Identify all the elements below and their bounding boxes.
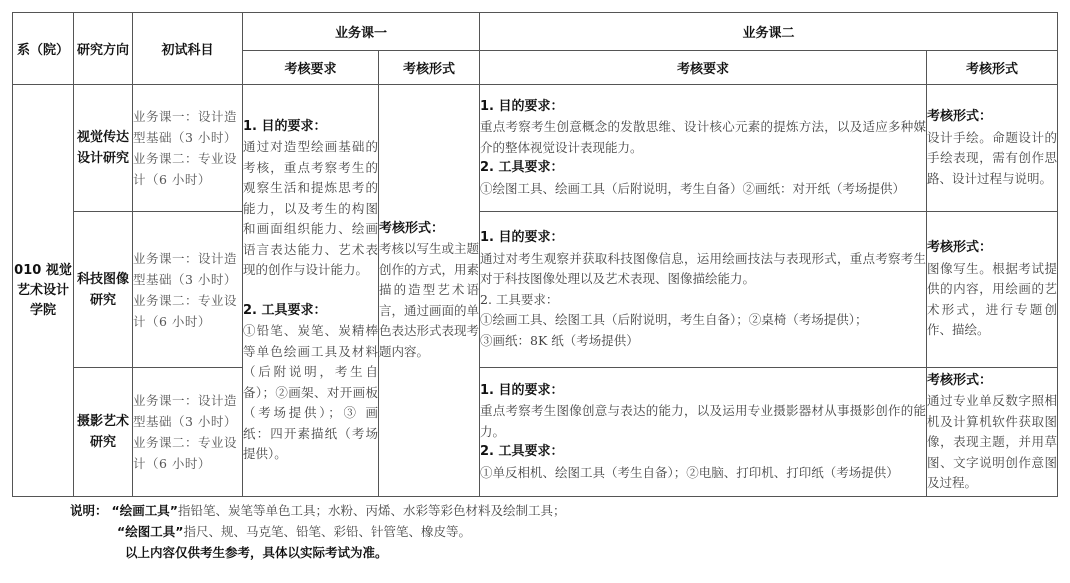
subject-2: 业务课二：专业设计（6 小时） [133, 290, 242, 332]
table-row: 科技图像研究 业务课一：设计造型基础（3 小时） 业务课二：专业设计（6 小时）… [13, 212, 1058, 368]
purpose-text: 通过对造型绘画基础的考核，重点考察考生的观察生活和提炼思考的能力，以及考生的构图… [243, 137, 378, 281]
purpose-heading: 1. 目的要求： [480, 381, 926, 402]
table-row: 摄影艺术研究 业务课一：设计造型基础（3 小时） 业务课二：专业设计（6 小时）… [13, 368, 1058, 497]
subjects-cell: 业务课一：设计造型基础（3 小时） 业务课二：专业设计（6 小时） [133, 85, 243, 212]
course2-requirements: 1. 目的要求： 重点考察考生创意概念的发散思维、设计核心元素的提炼方法，以及适… [480, 85, 927, 212]
form-heading: 考核形式： [927, 238, 1057, 259]
form-text: 通过专业单反数字照相机及计算机软件获取图像，表现主题，并用草图、文字说明创作意图… [927, 391, 1057, 494]
form-heading: 考核形式： [927, 107, 1057, 128]
note-drawing-tools: “绘图工具”指尺、规、马克笔、铅笔、彩铅、针管笔、橡皮等。 [70, 521, 565, 542]
header-course2: 业务课二 [480, 13, 1058, 51]
course2-form: 考核形式： 图像写生。根据考试提供的内容，用绘画的艺术形式，进行专题创作、描绘。 [927, 212, 1058, 368]
direction-name: 摄影艺术研究 [77, 414, 129, 450]
course1-form: 考核形式： 考核以写生或主题创作的方式，用素描的造型艺术语言，通过画面的单色表达… [379, 85, 480, 497]
form-text: 考核以写生或主题创作的方式，用素描的造型艺术语言，通过画面的单色表达形式表现考题… [379, 239, 479, 362]
note-painting-tools: 说明： “绘画工具”指铅笔、炭笔等单色工具；水粉、丙烯、水彩等彩色材料及绘制工具… [70, 500, 565, 521]
tools-heading: 2. 工具要求： [480, 158, 926, 179]
header-course2-req: 考核要求 [480, 51, 927, 85]
tools-text: ①铅笔、炭笔、炭精棒等单色绘画工具及材料（后附说明，考生自备）；②画架、对开画板… [243, 321, 378, 465]
term-drawing-tools: “绘图工具” [117, 524, 183, 539]
subject-2: 业务课二：专业设计（6 小时） [133, 148, 242, 190]
tools-text: ①绘图工具、绘画工具（后附说明，考生自备）②画纸：对开纸（考场提供） [480, 179, 926, 200]
exam-requirements-table: 系（院） 研究方向 初试科目 业务课一 业务课二 考核要求 考核形式 考核要求 … [12, 12, 1058, 497]
form-text: 图像写生。根据考试提供的内容，用绘画的艺术形式，进行专题创作、描绘。 [927, 259, 1057, 341]
department-cell: 010 视觉艺术设计学院 [13, 85, 74, 497]
subjects-cell: 业务课一：设计造型基础（3 小时） 业务课二：专业设计（6 小时） [133, 212, 243, 368]
purpose-heading: 1. 目的要求： [480, 228, 926, 249]
def-drawing-tools: 指尺、规、马克笔、铅笔、彩铅、针管笔、橡皮等。 [183, 524, 471, 539]
tools-text-2: ③画纸：8K 纸（考场提供） [480, 331, 926, 352]
direction-name: 视觉传达设计研究 [77, 130, 129, 166]
purpose-heading: 1. 目的要求： [243, 117, 378, 138]
tools-heading: 2. 工具要求： [243, 301, 378, 322]
purpose-heading: 1. 目的要求： [480, 97, 926, 118]
notes-section: 说明： “绘画工具”指铅笔、炭笔等单色工具；水粉、丙烯、水彩等彩色材料及绘制工具… [70, 500, 565, 563]
tools-heading: 2. 工具要求： [480, 442, 926, 463]
subject-1: 业务课一：设计造型基础（3 小时） [133, 248, 242, 290]
purpose-text: 重点考察考生图像创意与表达的能力，以及运用专业摄影器材从事摄影创作的能力。 [480, 401, 926, 442]
direction-cell: 科技图像研究 [74, 212, 133, 368]
header-course1-req: 考核要求 [243, 51, 379, 85]
course2-form: 考核形式： 通过专业单反数字照相机及计算机软件获取图像，表现主题，并用草图、文字… [927, 368, 1058, 497]
course2-form: 考核形式： 设计手绘。命题设计的手绘表现，需有创作思路、设计过程与说明。 [927, 85, 1058, 212]
direction-cell: 视觉传达设计研究 [74, 85, 133, 212]
subject-1: 业务课一：设计造型基础（3 小时） [133, 106, 242, 148]
direction-name: 科技图像研究 [77, 272, 129, 308]
def-painting-tools: 指铅笔、炭笔等单色工具；水粉、丙烯、水彩等彩色材料及绘制工具； [178, 503, 566, 518]
header-dept: 系（院） [13, 13, 74, 85]
course2-requirements: 1. 目的要求： 通过对考生观察并获取科技图像信息，运用绘画技法与表现形式，重点… [480, 212, 927, 368]
tools-text: ①绘画工具、绘图工具（后附说明，考生自备）；②桌椅（考场提供）； [480, 310, 926, 331]
header-course2-form: 考核形式 [927, 51, 1058, 85]
disclaimer: 以上内容仅供考生参考，具体以实际考试为准。 [70, 542, 565, 563]
table-row: 010 视觉艺术设计学院 视觉传达设计研究 业务课一：设计造型基础（3 小时） … [13, 85, 1058, 212]
subjects-cell: 业务课一：设计造型基础（3 小时） 业务课二：专业设计（6 小时） [133, 368, 243, 497]
course2-requirements: 1. 目的要求： 重点考察考生图像创意与表达的能力，以及运用专业摄影器材从事摄影… [480, 368, 927, 497]
header-course1: 业务课一 [243, 13, 480, 51]
course1-requirements: 1. 目的要求： 通过对造型绘画基础的考核，重点考察考生的观察生活和提炼思考的能… [243, 85, 379, 497]
subject-1: 业务课一：设计造型基础（3 小时） [133, 390, 242, 432]
subject-2: 业务课二：专业设计（6 小时） [133, 432, 242, 474]
header-subjects: 初试科目 [133, 13, 243, 85]
direction-cell: 摄影艺术研究 [74, 368, 133, 497]
tools-heading: 2. 工具要求： [480, 290, 926, 311]
form-text: 设计手绘。命题设计的手绘表现，需有创作思路、设计过程与说明。 [927, 128, 1057, 190]
header-course1-form: 考核形式 [379, 51, 480, 85]
notes-label: 说明： [70, 503, 108, 518]
term-painting-tools: “绘画工具” [112, 503, 178, 518]
tools-text: ①单反相机、绘图工具（考生自备）；②电脑、打印机、打印纸（考场提供） [480, 463, 926, 484]
form-heading: 考核形式： [379, 219, 479, 240]
purpose-text: 通过对考生观察并获取科技图像信息，运用绘画技法与表现形式，重点考察考生对于科技图… [480, 249, 926, 290]
purpose-text: 重点考察考生创意概念的发散思维、设计核心元素的提炼方法，以及适应多种媒介的整体视… [480, 117, 926, 158]
header-direction: 研究方向 [74, 13, 133, 85]
department-name: 010 视觉艺术设计学院 [14, 263, 72, 318]
form-heading: 考核形式： [927, 371, 1057, 392]
